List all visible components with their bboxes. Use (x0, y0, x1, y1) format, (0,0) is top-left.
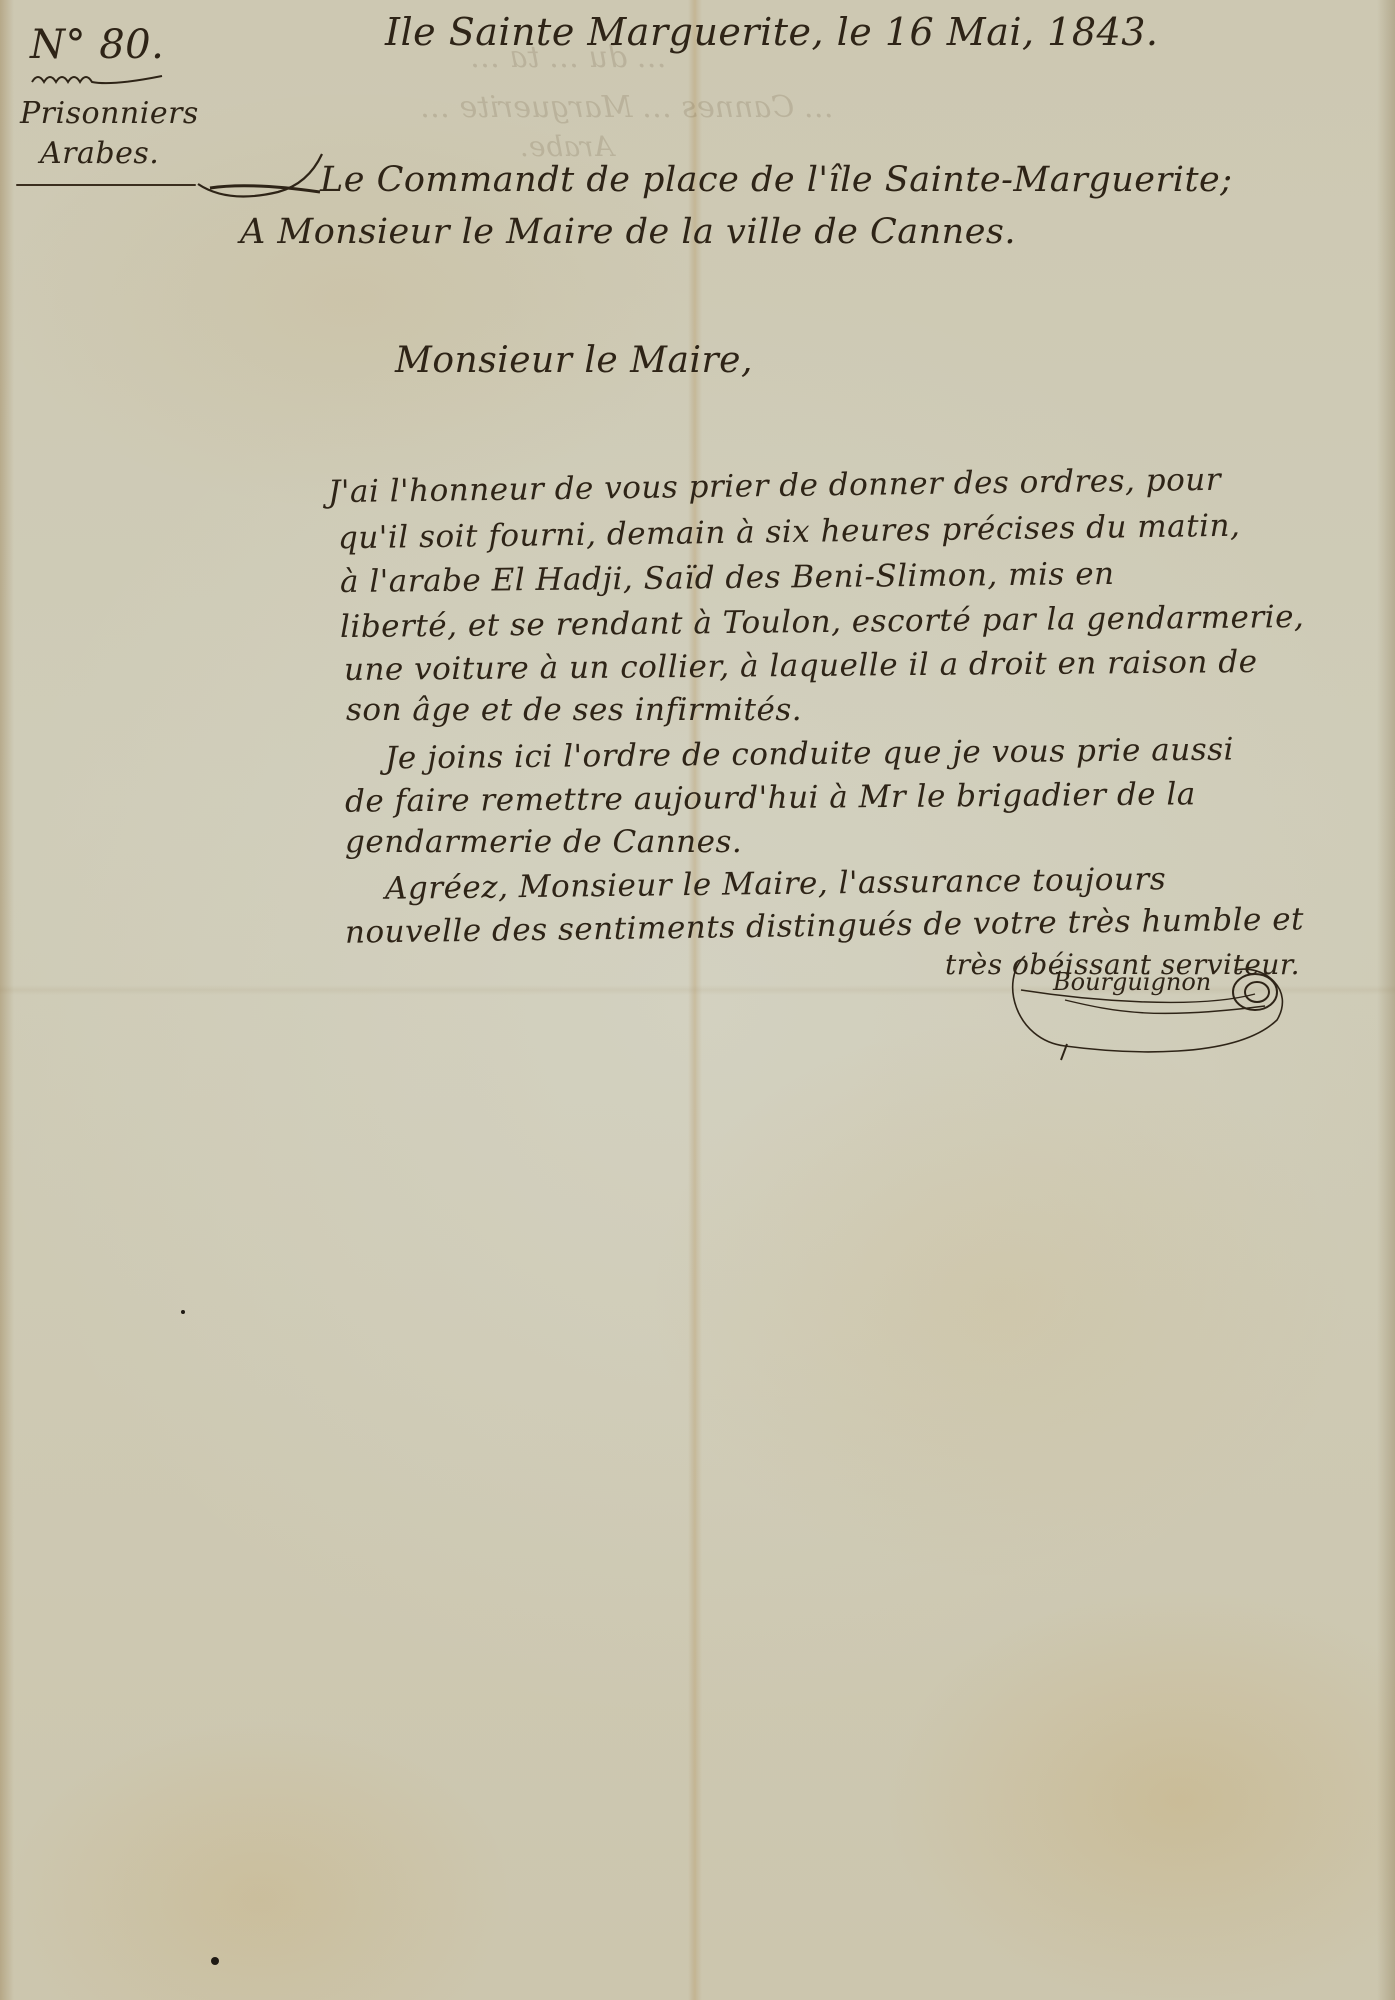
body-line: à l'arabe El Hadji, Saïd des Beni-Slimon… (340, 556, 1115, 600)
signature-block: Bourguignon (1005, 950, 1285, 1070)
ink-speck (211, 1957, 219, 1965)
body-line: une voiture à un collier, à laquelle il … (344, 644, 1258, 688)
closing-line: Agréez, Monsieur le Maire, l'assurance t… (385, 861, 1167, 907)
show-through-text: … Cannes … Marguerite … (420, 90, 834, 125)
body-line: Je joins ici l'ordre de conduite que je … (385, 732, 1234, 777)
body-line: son âge et de ses infirmités. (346, 692, 802, 728)
body-line: gendarmerie de Cannes. (345, 824, 742, 860)
body-line: de faire remettre aujourd'hui à Mr le br… (345, 776, 1196, 819)
letter-page: … du … ta … … Cannes … Marguerite … Arab… (0, 0, 1395, 2000)
show-through-text: Arabe. (520, 130, 614, 163)
body-line: J'ai l'honneur de vous prier de donner d… (328, 462, 1221, 510)
dateline: Ile Sainte Marguerite, le 16 Mai, 1843. (385, 10, 1158, 54)
flourish-underline (28, 66, 188, 92)
margin-subject-line: Arabes. (40, 136, 159, 171)
flourish-l (190, 148, 330, 208)
header-to-line: A Monsieur le Maire de la ville de Canne… (240, 212, 1016, 252)
paper-right-edge (1377, 0, 1395, 2000)
vertical-fold-crease (688, 0, 702, 2000)
ink-speck (181, 1310, 185, 1314)
margin-subject-line: Prisonniers (20, 96, 199, 131)
reference-number: N° 80. (30, 22, 164, 68)
paper-left-edge (0, 0, 14, 2000)
salutation: Monsieur le Maire, (395, 340, 753, 381)
body-line: qu'il soit fourni, demain à six heures p… (338, 508, 1241, 557)
margin-rule (16, 184, 196, 186)
signature: Bourguignon (1053, 968, 1211, 996)
body-line: liberté, et se rendant à Toulon, escorté… (340, 599, 1305, 645)
header-from-line: Le Commandt de place de l'île Sainte-Mar… (320, 160, 1233, 200)
closing-line: nouvelle des sentiments distingués de vo… (345, 901, 1304, 950)
